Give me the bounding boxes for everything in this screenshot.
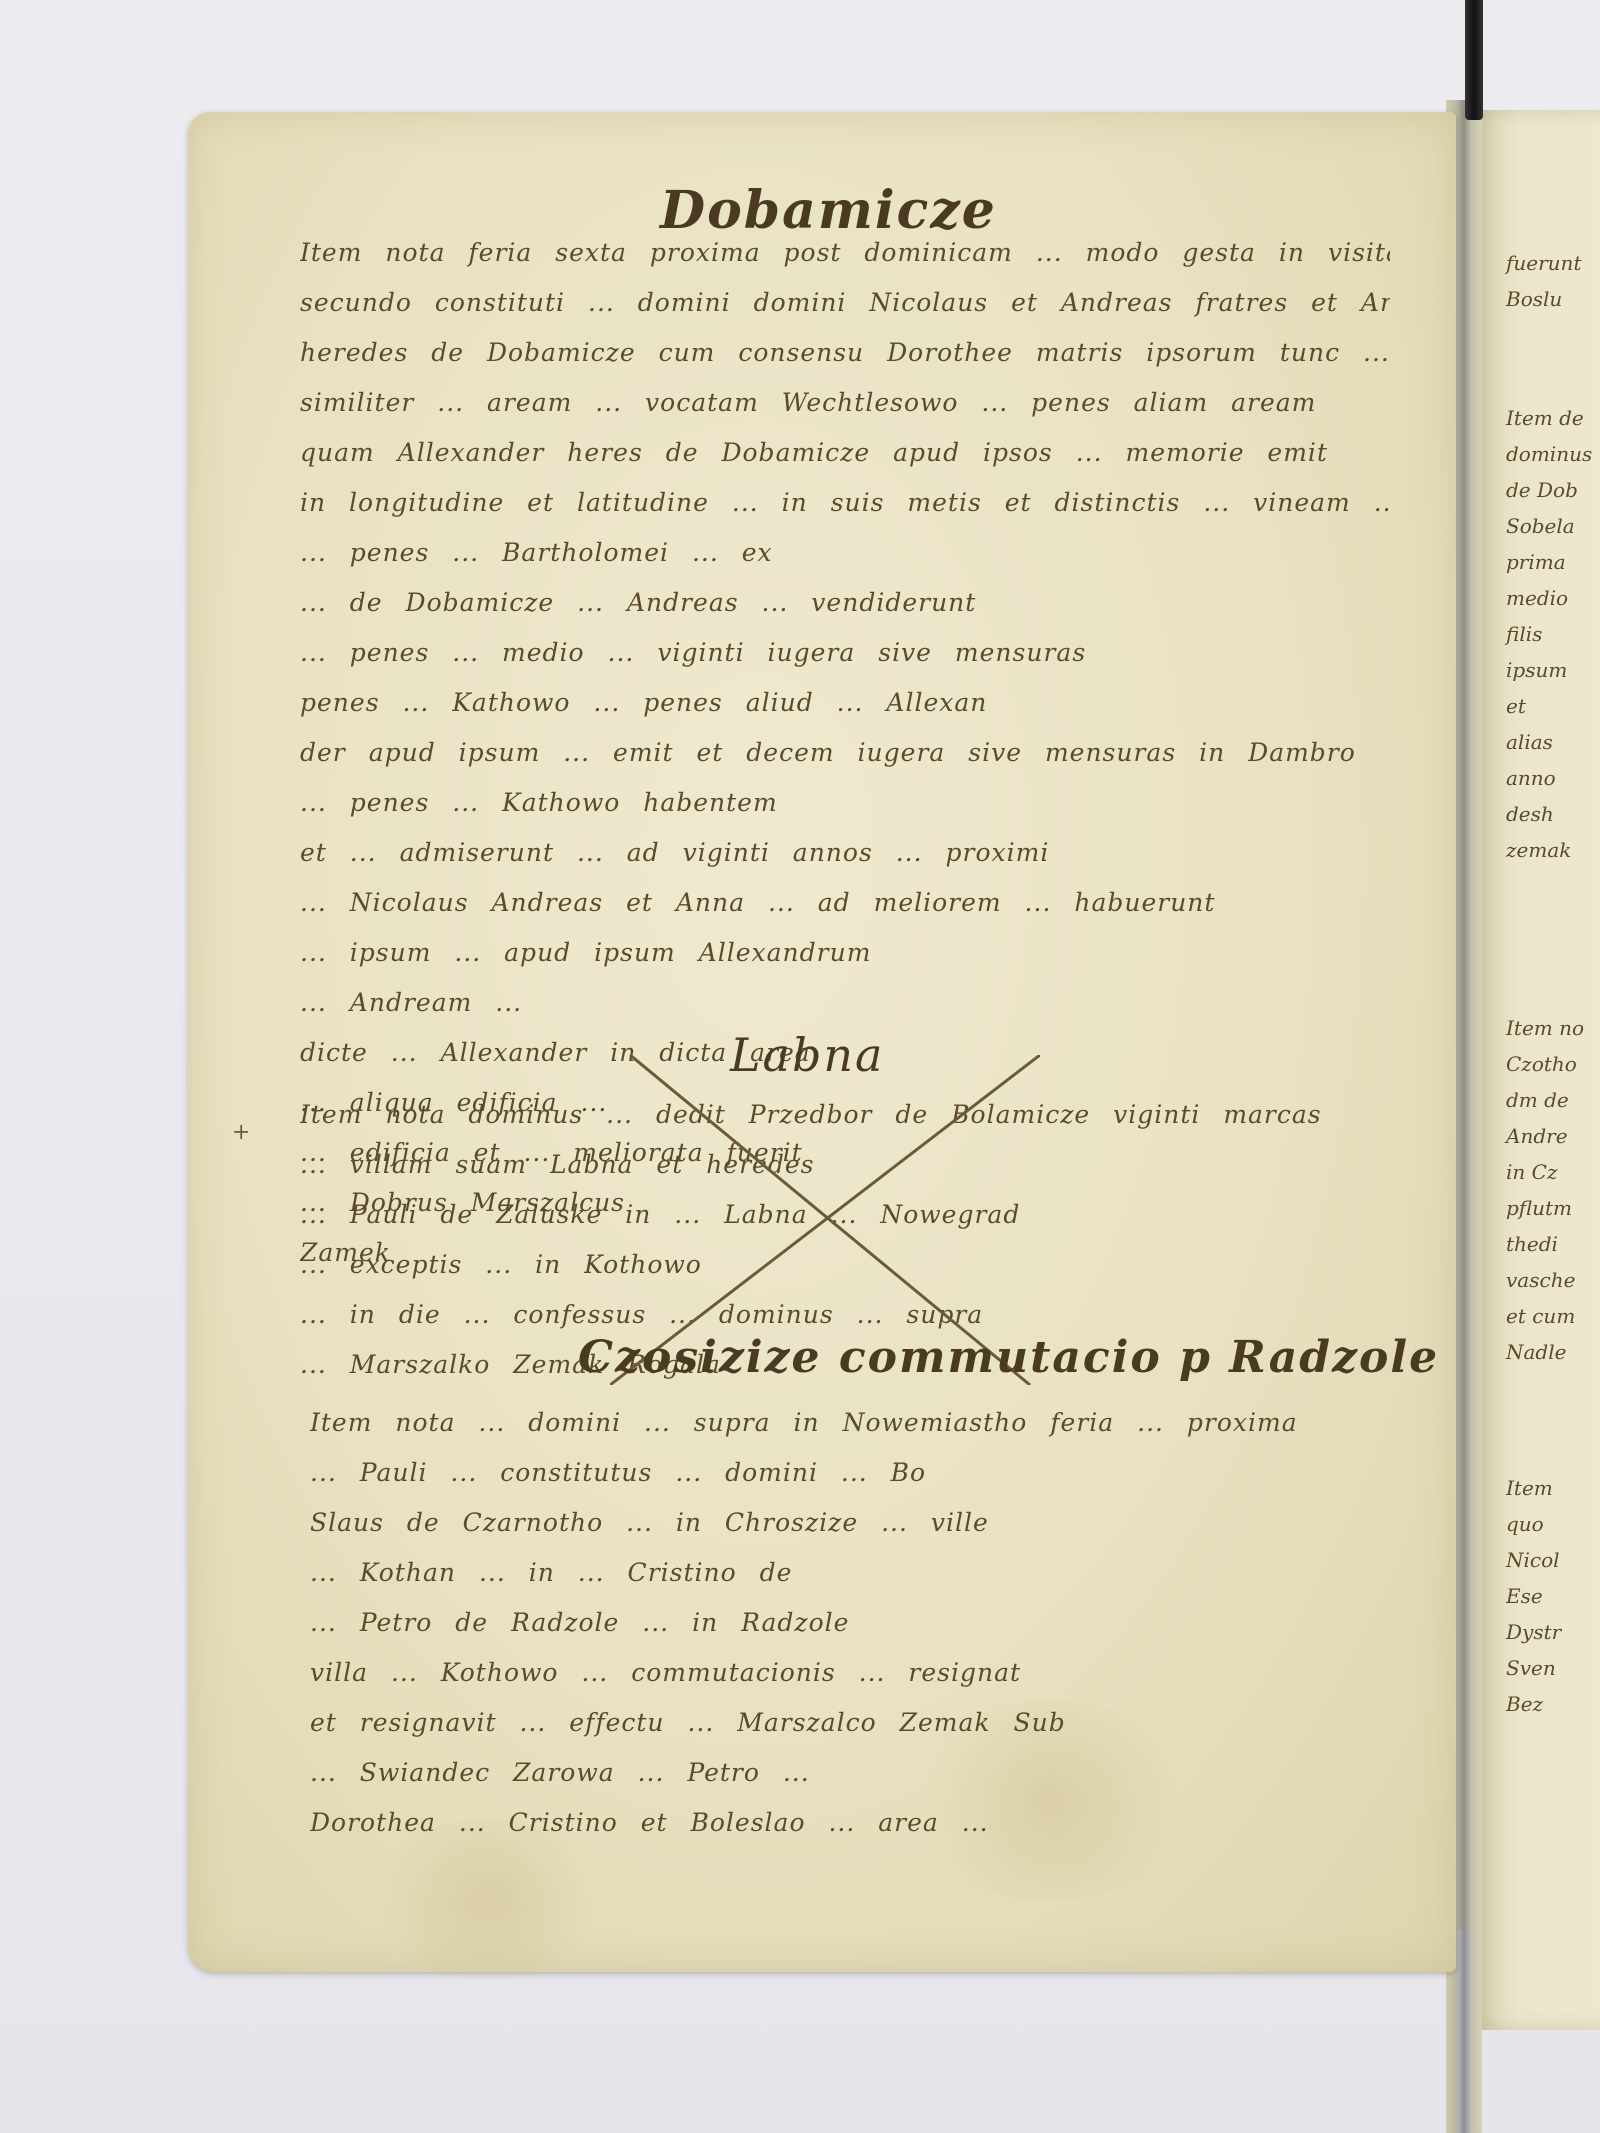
gutter-shadow bbox=[1458, 1930, 1470, 2133]
text-line: desh bbox=[1506, 796, 1592, 832]
text-line: thedi bbox=[1506, 1226, 1584, 1262]
text-line: Andre bbox=[1506, 1118, 1584, 1154]
text-line: ipsum bbox=[1506, 652, 1592, 688]
text-line: Ese bbox=[1506, 1578, 1561, 1614]
text-line: Slaus de Czarnotho ... in Chroszize ... … bbox=[310, 1498, 1400, 1548]
text-line: zemak bbox=[1506, 832, 1592, 868]
text-line: ... ipsum ... apud ipsum Allexandrum bbox=[300, 928, 1390, 978]
text-line: ... Pauli ... constitutus ... domini ...… bbox=[310, 1448, 1400, 1498]
right-page-fragment-4: Item quo Nicol Ese Dystr Sven Bez bbox=[1506, 1470, 1561, 1722]
text-line: ... penes ... medio ... viginti iugera s… bbox=[300, 628, 1390, 678]
text-line: et resignavit ... effectu ... Marszalco … bbox=[310, 1698, 1400, 1748]
text-line: ... villam suam Labna et heredes bbox=[300, 1140, 1390, 1190]
text-line: Dorothea ... Cristino et Boleslao ... ar… bbox=[310, 1798, 1400, 1848]
text-line: Item bbox=[1506, 1470, 1561, 1506]
text-line: Item nota feria sexta proxima post domin… bbox=[300, 228, 1390, 278]
text-line: et cum bbox=[1506, 1298, 1584, 1334]
text-line: Item nota dominus ... dedit Przedbor de … bbox=[300, 1090, 1390, 1140]
text-line: prima bbox=[1506, 544, 1592, 580]
text-line: Item no bbox=[1506, 1010, 1584, 1046]
text-line: Czotho bbox=[1506, 1046, 1584, 1082]
text-line: filis bbox=[1506, 616, 1592, 652]
text-line: ... Swiandec Zarowa ... Petro ... bbox=[310, 1748, 1400, 1798]
text-line: ... exceptis ... in Kothowo bbox=[300, 1240, 1390, 1290]
text-line: Bez bbox=[1506, 1686, 1561, 1722]
text-line: similiter ... aream ... vocatam Wechtles… bbox=[300, 378, 1390, 428]
text-line: secundo constituti ... domini domini Nic… bbox=[300, 278, 1390, 328]
text-line: ... de Dobamicze ... Andreas ... vendide… bbox=[300, 578, 1390, 628]
text-line: et bbox=[1506, 688, 1592, 724]
right-page-fragment-3: Item no Czotho dm de Andre in Cz pflutm … bbox=[1506, 1010, 1584, 1370]
text-line: Dystr bbox=[1506, 1614, 1561, 1650]
text-line: ... Pauli de Zaluske in ... Labna ... No… bbox=[300, 1190, 1390, 1240]
text-line: de Dob bbox=[1506, 472, 1592, 508]
entry-heading-labna: Labna bbox=[730, 1028, 884, 1082]
text-line: anno bbox=[1506, 760, 1592, 796]
text-line: quam Allexander heres de Dobamicze apud … bbox=[300, 428, 1390, 478]
text-line: penes ... Kathowo ... penes aliud ... Al… bbox=[300, 678, 1390, 728]
text-line: vasche bbox=[1506, 1262, 1584, 1298]
text-line: in Cz bbox=[1506, 1154, 1584, 1190]
text-line: villa ... Kothowo ... commutacionis ... … bbox=[310, 1648, 1400, 1698]
text-line: Nicol bbox=[1506, 1542, 1561, 1578]
text-line: Sobela bbox=[1506, 508, 1592, 544]
text-line: dm de bbox=[1506, 1082, 1584, 1118]
text-line: ... Petro de Radzole ... in Radzole bbox=[310, 1598, 1400, 1648]
text-line: fuerunt bbox=[1506, 245, 1581, 281]
entry-heading-czosizize: Czosizize commutacio p Radzole bbox=[578, 1332, 1439, 1383]
text-line: der apud ipsum ... emit et decem iugera … bbox=[300, 728, 1390, 778]
text-line: Item nota ... domini ... supra in Nowemi… bbox=[310, 1398, 1400, 1448]
text-line: pflutm bbox=[1506, 1190, 1584, 1226]
entry-body-czosizize: Item nota ... domini ... supra in Nowemi… bbox=[310, 1398, 1400, 1848]
text-line: quo bbox=[1506, 1506, 1561, 1542]
text-line: medio bbox=[1506, 580, 1592, 616]
text-line: ... Kothan ... in ... Cristino de bbox=[310, 1548, 1400, 1598]
text-line: heredes de Dobamicze cum consensu Doroth… bbox=[300, 328, 1390, 378]
page-clip bbox=[1465, 0, 1483, 120]
right-page-fragment-2: Item de dominus de Dob Sobela prima medi… bbox=[1506, 400, 1592, 868]
text-line: Item de bbox=[1506, 400, 1592, 436]
text-line: alias bbox=[1506, 724, 1592, 760]
text-line: Sven bbox=[1506, 1650, 1561, 1686]
text-line: ... Nicolaus Andreas et Anna ... ad meli… bbox=[300, 878, 1390, 928]
text-line: ... penes ... Kathowo habentem bbox=[300, 778, 1390, 828]
text-line: Boslu bbox=[1506, 281, 1581, 317]
text-line: in longitudine et latitudine ... in suis… bbox=[300, 478, 1390, 528]
text-line: ... penes ... Bartholomei ... ex bbox=[300, 528, 1390, 578]
text-line: Nadle bbox=[1506, 1334, 1584, 1370]
right-page-fragment-1: fuerunt Boslu bbox=[1506, 245, 1581, 317]
text-line: ... Andream ... bbox=[300, 978, 1390, 1028]
text-line: dominus bbox=[1506, 436, 1592, 472]
margin-cross-mark: + bbox=[232, 1120, 250, 1145]
text-line: et ... admiserunt ... ad viginti annos .… bbox=[300, 828, 1390, 878]
